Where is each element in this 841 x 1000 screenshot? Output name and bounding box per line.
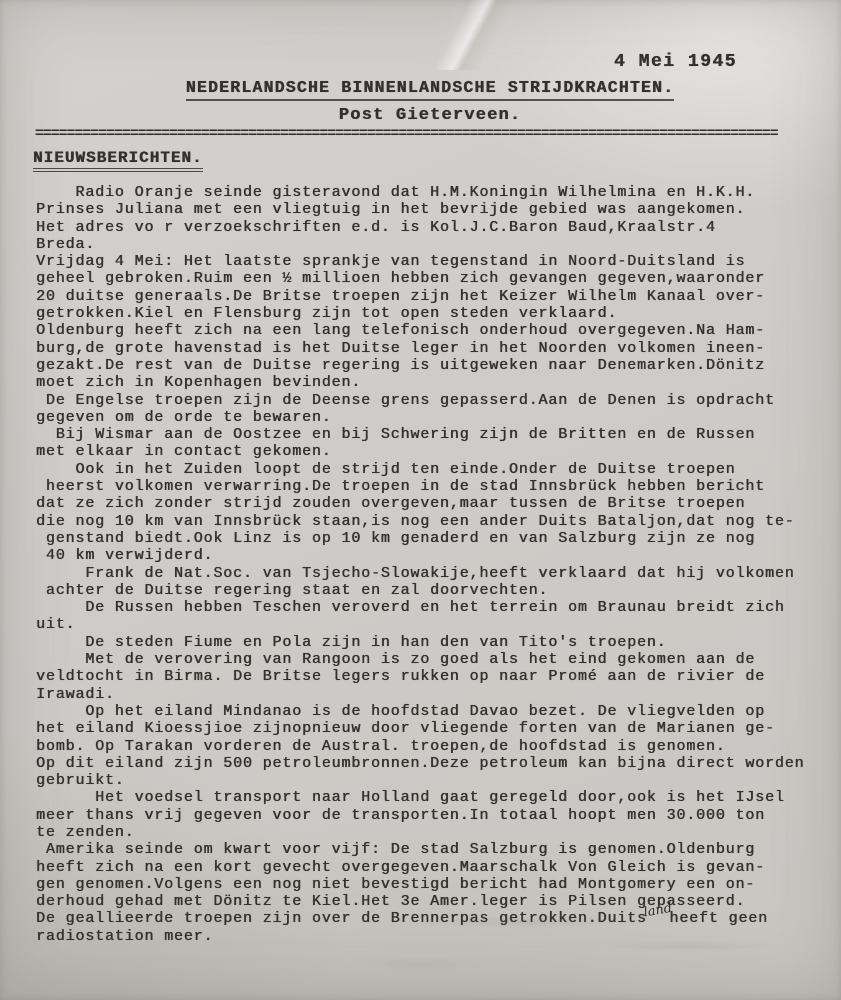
text-line: De geallieerde troepen zijn over de Bren…: [36, 910, 836, 927]
text-line: heerst volkomen verwarring.De troepen in…: [36, 478, 836, 495]
text-line: Ook in het Zuiden loopt de strijd ten ei…: [36, 461, 836, 478]
text-line: gebruikt.: [36, 772, 836, 789]
text-line: getrokken.Kiel en Flensburg zijn tot ope…: [36, 305, 836, 322]
text-line: te zenden.: [36, 824, 836, 841]
separator-line: ========================================…: [35, 126, 835, 142]
text-segment: De geallieerde troepen zijn over de Bren…: [36, 910, 647, 927]
title-row: NEDERLANDSCHE BINNENLANDSCHE STRIJDKRACH…: [0, 78, 841, 101]
text-line: Bij Wismar aan de Oostzee en bij Schweri…: [36, 426, 836, 443]
text-line: gen genomen.Volgens een nog niet bevesti…: [36, 876, 836, 893]
text-line: 20 duitse generaals.De Britse troepen zi…: [36, 288, 836, 305]
text-line: Frank de Nat.Soc. van Tsjecho-Slowakije,…: [36, 565, 836, 582]
text-line: gegeven om de orde te bewaren.: [36, 409, 836, 426]
scanned-document-page: 4 Mei 1945 NEDERLANDSCHE BINNENLANDSCHE …: [0, 0, 841, 1000]
text-line: Amerika seinde om kwart voor vijf: De st…: [36, 841, 836, 858]
text-line: gezakt.De rest van de Duitse regering is…: [36, 357, 836, 374]
text-line: genstand biedt.Ook Linz is op 10 km gena…: [36, 530, 836, 547]
text-line: bomb. Op Tarakan vorderen de Austral. tr…: [36, 738, 836, 755]
text-line: het eiland Kioessjioe zijnopnieuw door v…: [36, 720, 836, 737]
text-line: De steden Fiume en Pola zijn in han den …: [36, 634, 836, 651]
document-body: Radio Oranje seinde gisteravond dat H.M.…: [36, 184, 836, 945]
text-line: Vrijdag 4 Mei: Het laatste sprankje van …: [36, 253, 836, 270]
text-line: Radio Oranje seinde gisteravond dat H.M.…: [36, 184, 836, 201]
heading-row: NIEUWSBERICHTEN.: [33, 149, 203, 172]
text-line: dat ze zich zonder strijd zouden overgev…: [36, 495, 836, 512]
text-line: die nog 10 km van Innsbrück staan,is nog…: [36, 513, 836, 530]
text-line: geheel gebroken.Ruim een ½ millioen hebb…: [36, 270, 836, 287]
document-date: 4 Mei 1945: [614, 52, 737, 72]
text-line: De Russen hebben Teschen veroverd en het…: [36, 599, 836, 616]
text-line: Oldenburg heeft zich na een lang telefon…: [36, 322, 836, 339]
text-line: Breda.: [36, 236, 836, 253]
text-line: veldtocht in Birma. De Britse legers ruk…: [36, 668, 836, 685]
document-subtitle: Post Gieterveen.: [339, 106, 521, 125]
text-line: Het adres vo r verzoekschriften e.d. is …: [36, 219, 836, 236]
text-line: Het voedsel transport naar Holland gaat …: [36, 789, 836, 806]
document-title: NEDERLANDSCHE BINNENLANDSCHE STRIJDKRACH…: [186, 78, 674, 101]
text-line: Op dit eiland zijn 500 petroleumbronnen.…: [36, 755, 836, 772]
text-line: Op het eiland Mindanao is de hoofdstad D…: [36, 703, 836, 720]
text-line: met elkaar in contact gekomen.: [36, 443, 836, 460]
text-line: radiostation meer.: [36, 928, 836, 945]
text-line: moet zich in Kopenhagen bevinden.: [36, 374, 836, 391]
text-line: Prinses Juliana met een vliegtuig in het…: [36, 201, 836, 218]
text-line: Met de verovering van Rangoon is zo goed…: [36, 651, 836, 668]
text-line: achter de Duitse regering staat en zal d…: [36, 582, 836, 599]
text-line: 40 km verwijderd.: [36, 547, 836, 564]
subtitle-row: Post Gieterveen.: [0, 106, 841, 125]
text-line: derhoud gehad met Dönitz te Kiel.Het 3e …: [36, 893, 836, 910]
text-line: Irawadi.: [36, 686, 836, 703]
text-line: burg,de grote havenstad is het Duitse le…: [36, 340, 836, 357]
text-segment: heeft geen: [669, 910, 768, 927]
text-line: meer thans vrij gegeven voor de transpor…: [36, 807, 836, 824]
text-line: heeft zich na een kort gevecht overgegev…: [36, 859, 836, 876]
text-line: uit.: [36, 616, 836, 633]
section-heading: NIEUWSBERICHTEN.: [33, 149, 203, 172]
text-line: De Engelse troepen zijn de Deense grens …: [36, 392, 836, 409]
